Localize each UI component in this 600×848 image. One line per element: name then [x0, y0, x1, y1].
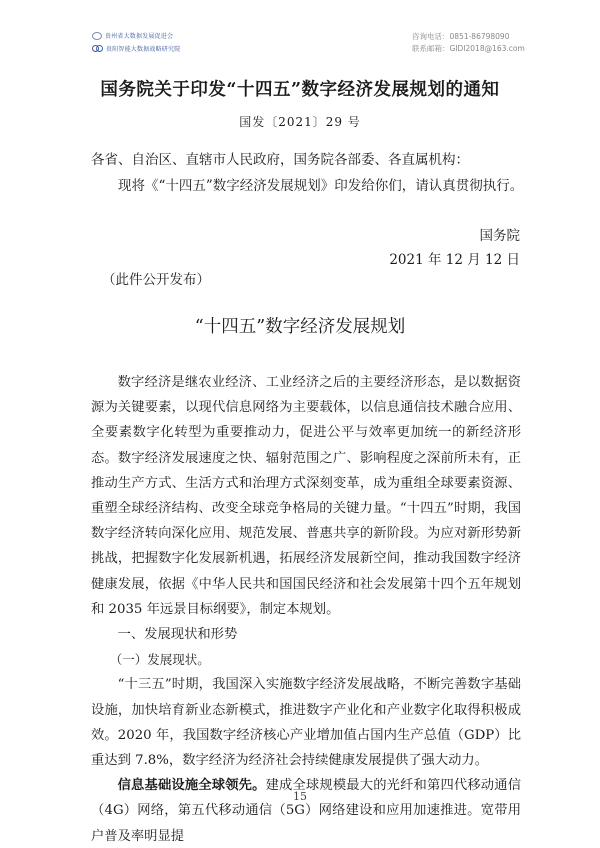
- page-number: 15: [0, 790, 600, 803]
- issuer: 国务院: [480, 224, 521, 244]
- contact-email: 联系邮箱：GIDI2018@163.com: [412, 43, 525, 55]
- header-logos: 贵州省大数据发展促进会 贵阳智能大数据战略研究院: [92, 30, 232, 56]
- association-name: 贵州省大数据发展促进会: [105, 31, 173, 40]
- email-label: 联系邮箱：: [412, 44, 450, 53]
- contact-phone: 咨询电话：0851-86798090: [412, 31, 525, 43]
- notice-body: 现将《“十四五”数字经济发展规划》印发给你们，请认真贯彻执行。: [118, 174, 523, 194]
- email-value: GIDI2018@163.com: [450, 44, 525, 53]
- subsection-heading: （一）发展现状。: [91, 647, 521, 672]
- institute-logo-icon: [92, 45, 103, 53]
- plan-title: “十四五”数字经济发展规划: [0, 313, 600, 338]
- paragraph-infrastructure: 信息基础设施全球领先。建成全球规模最大的光纤和第四代移动通信（4G）网络，第五代…: [91, 773, 521, 848]
- intro-paragraph: 数字经济是继农业经济、工业经济之后的主要经济形态，是以数据资源为关键要素，以现代…: [91, 370, 521, 622]
- institute-name: 贵阳智能大数据战略研究院: [106, 44, 180, 53]
- addressees: 各省、自治区、直辖市人民政府，国务院各部委、各直属机构：: [91, 148, 469, 168]
- association-logo-icon: [92, 32, 102, 40]
- logo-row-association: 贵州省大数据发展促进会: [92, 30, 232, 41]
- section-heading: 一、发展现状和形势: [91, 622, 521, 647]
- phone-value: 0851-86798090: [450, 32, 510, 41]
- contact-info: 咨询电话：0851-86798090 联系邮箱：GIDI2018@163.com: [412, 31, 525, 55]
- issue-date: 2021 年 12 月 12 日: [389, 248, 520, 268]
- logo-row-institute: 贵阳智能大数据战略研究院: [92, 43, 232, 54]
- plan-body: 数字经济是继农业经济、工业经济之后的主要经济形态，是以数据资源为关键要素，以现代…: [91, 370, 521, 848]
- paragraph-13th-five-year: “十三五”时期，我国深入实施数字经济发展战略，不断完善数字基础设施，加快培育新业…: [91, 672, 521, 773]
- phone-label: 咨询电话：: [412, 32, 450, 41]
- document-number: 国发〔2021〕29 号: [0, 113, 600, 130]
- notice-title: 国务院关于印发“十四五”数字经济发展规划的通知: [0, 76, 600, 101]
- publicity-note: （此件公开发布）: [102, 268, 210, 288]
